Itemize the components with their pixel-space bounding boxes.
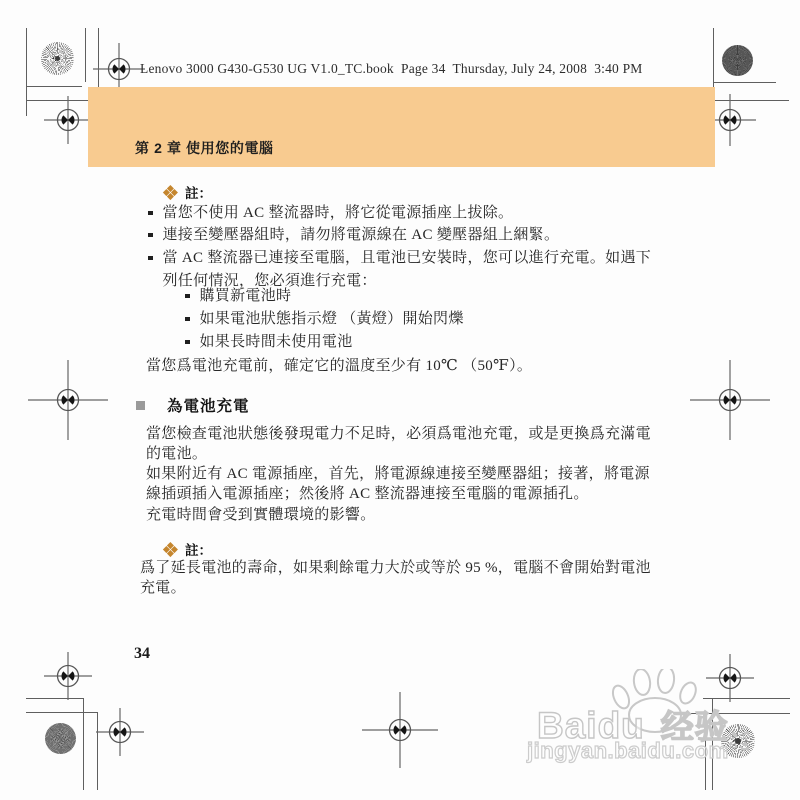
crop-mark: [26, 28, 27, 116]
registration-mark-icon: [362, 692, 438, 773]
registration-mark-icon: [706, 654, 754, 707]
heading-square-icon: [136, 401, 145, 410]
registration-mark-icon: [96, 708, 144, 761]
note-text: 爲了延長電池的壽命，如果剩餘電力大於或等於 95 %，電腦不會開始對電池 充電。: [140, 558, 651, 598]
crop-mark: [688, 713, 790, 714]
document-header: Lenovo 3000 G430-G530 UG V1.0_TC.book Pa…: [140, 61, 643, 77]
bullet-square-icon: [148, 211, 153, 216]
sub-list-item-text: 購買新電池時: [200, 285, 292, 308]
calibration-target-icon: [722, 45, 753, 76]
paragraph: 充電時間會受到實體環境的影響。: [146, 505, 376, 525]
crop-mark: [26, 86, 82, 87]
note-label: 註：: [185, 182, 212, 202]
chapter-title: 第 2 章 使用您的電腦: [135, 138, 274, 158]
baidu-paw-icon: [604, 669, 704, 733]
watermark-brand: Baidu经验: [537, 701, 729, 748]
note-label: 註：: [185, 539, 212, 559]
bullet-square-icon: [148, 256, 153, 261]
list-item-text: 當您不使用 AC 整流器時，將它從電源插座上拔除。: [163, 202, 514, 225]
registration-mark-icon: [44, 652, 92, 705]
list-item: 當您不使用 AC 整流器時，將它從電源插座上拔除。: [148, 202, 513, 225]
sub-list-item-text: 如果電池狀態指示燈 （黃燈）開始閃爍: [200, 308, 464, 331]
registration-mark-icon: [690, 360, 770, 445]
sub-list-item-text: 如果長時間未使用電池: [200, 331, 353, 354]
section-heading: 為電池充電: [136, 394, 250, 416]
registration-mark-icon: [28, 360, 108, 445]
note-block-1-label: 註：: [164, 182, 212, 202]
sub-list-item: 購買新電池時: [185, 285, 291, 308]
document-page: Lenovo 3000 G430-G530 UG V1.0_TC.book Pa…: [0, 0, 800, 800]
note-diamond-icon: [164, 543, 177, 556]
page-number: 34: [134, 645, 150, 663]
chapter-banner: 第 2 章 使用您的電腦: [88, 87, 715, 167]
crop-mark: [26, 712, 97, 713]
list-item: 連接至變壓器組時，請勿將電源線在 AC 變壓器組上綑緊。: [148, 224, 559, 247]
calibration-target-icon: [45, 723, 76, 754]
sub-list-item: 如果電池狀態指示燈 （黃燈）開始閃爍: [185, 308, 464, 331]
calibration-target-icon: [41, 42, 74, 75]
crop-mark: [85, 28, 86, 82]
crop-mark: [713, 82, 776, 83]
crop-mark: [83, 698, 84, 790]
list-item-text: 連接至變壓器組時，請勿將電源線在 AC 變壓器組上綑緊。: [163, 224, 560, 247]
crop-mark: [712, 698, 713, 790]
bullet-square-icon: [148, 233, 153, 238]
paragraph: 當您檢查電池狀態後發現電力不足時，必須爲電池充電，或是更換爲充滿電 的電池。: [146, 424, 651, 464]
crop-mark: [705, 713, 706, 790]
section-heading-text: 為電池充電: [167, 394, 250, 416]
paragraph: 如果附近有 AC 電源插座，首先，將電源線連接至變壓器組；接著，將電源 線插頭插…: [146, 464, 650, 504]
registration-mark-icon: [44, 96, 92, 149]
watermark-url: jingyan.baidu.com: [527, 738, 729, 764]
bullet-square-icon: [185, 317, 190, 322]
bullet-square-icon: [185, 294, 190, 299]
note-block-2-label: 註：: [164, 539, 212, 559]
sub-list-item: 如果長時間未使用電池: [185, 331, 353, 354]
note-closing-text: 當您爲電池充電前，確定它的溫度至少有 10℃ （50℉）。: [146, 355, 532, 378]
bullet-square-icon: [185, 340, 190, 345]
note-diamond-icon: [164, 186, 177, 199]
calibration-target-icon: [721, 724, 755, 758]
